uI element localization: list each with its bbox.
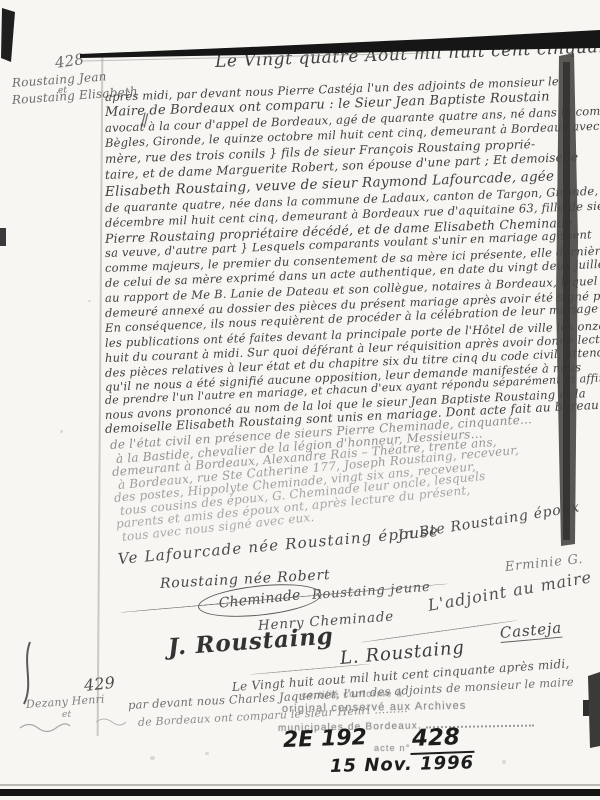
stamp-line-2: original conservé aux Archives bbox=[282, 700, 467, 715]
scan-speckle bbox=[502, 760, 506, 764]
signature-roustaing-jeune: Roustaing jeune bbox=[311, 580, 431, 603]
illegible-margin-script bbox=[96, 719, 126, 725]
margin-ink-bracket bbox=[24, 642, 30, 704]
scanned-register-page: 428 Roustaing Jean et Roustaing Elisabet… bbox=[0, 0, 600, 800]
margin-act-number-429: 429 bbox=[83, 673, 116, 695]
signature-casteja: Casteja bbox=[499, 619, 563, 643]
margin-429-names: Dezany Henri bbox=[26, 693, 106, 711]
scan-artifact-right-edge-mark bbox=[588, 672, 600, 748]
act-line: Le Vingt quatre Aout mil huit cent cinqu… bbox=[215, 36, 600, 72]
margin-act-number-428: 428 bbox=[54, 50, 85, 72]
margin-fold-line bbox=[97, 54, 104, 736]
scan-artifact-left-edge-mark bbox=[1, 8, 15, 62]
illegible-margin-script bbox=[20, 724, 70, 732]
pen-acte-number: 428 bbox=[409, 724, 474, 755]
scan-speckle bbox=[205, 752, 209, 755]
scan-speckle bbox=[150, 756, 155, 760]
stamp-line-1: certifié conforme à bbox=[302, 688, 403, 701]
margin-429-conjunction: et bbox=[62, 710, 71, 720]
pen-cote: 2E 192 bbox=[283, 725, 368, 753]
scan-speckle bbox=[88, 300, 91, 302]
signature-j-roustaing: J. Roustaing bbox=[167, 622, 334, 661]
scan-artifact-bottom-gray-line bbox=[0, 784, 600, 786]
pen-date: 15 Nov. 1996 bbox=[330, 752, 475, 777]
scan-artifact-left-edge-mark bbox=[0, 228, 6, 246]
scan-speckle bbox=[60, 430, 63, 433]
scan-artifact-bottom-black-line bbox=[0, 789, 600, 796]
stamp-acte-label: acte n° bbox=[374, 743, 411, 753]
scan-artifact-right-edge-mark bbox=[583, 700, 589, 716]
